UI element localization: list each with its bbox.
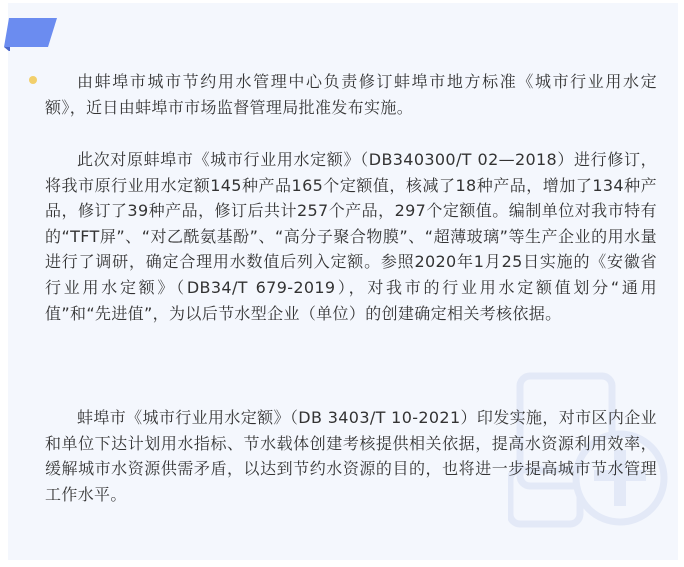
article-paragraph-1: 由蚌埠市城市节约用水管理中心负责修订蚌埠市地方标准《城市行业用水定额》，近日由蚌… [45,69,657,120]
article-paragraph-3: 蚌埠市《城市行业用水定额》（DB 3403/T 10-2021）印发实施，对市区… [45,405,657,507]
paragraph-text: 此次对原蚌埠市《城市行业用水定额》（DB340300/T 02—2018）进行修… [45,147,657,326]
page: 由蚌埠市城市节约用水管理中心负责修订蚌埠市地方标准《城市行业用水定额》，近日由蚌… [0,0,684,567]
parallelogram-ribbon-icon [2,13,57,51]
article-paragraph-2: 此次对原蚌埠市《城市行业用水定额》（DB340300/T 02—2018）进行修… [45,147,657,326]
paragraph-text: 蚌埠市《城市行业用水定额》（DB 3403/T 10-2021）印发实施，对市区… [45,405,657,507]
bullet-dot-icon [29,76,37,84]
paragraph-text: 由蚌埠市城市节约用水管理中心负责修订蚌埠市地方标准《城市行业用水定额》，近日由蚌… [45,69,657,120]
